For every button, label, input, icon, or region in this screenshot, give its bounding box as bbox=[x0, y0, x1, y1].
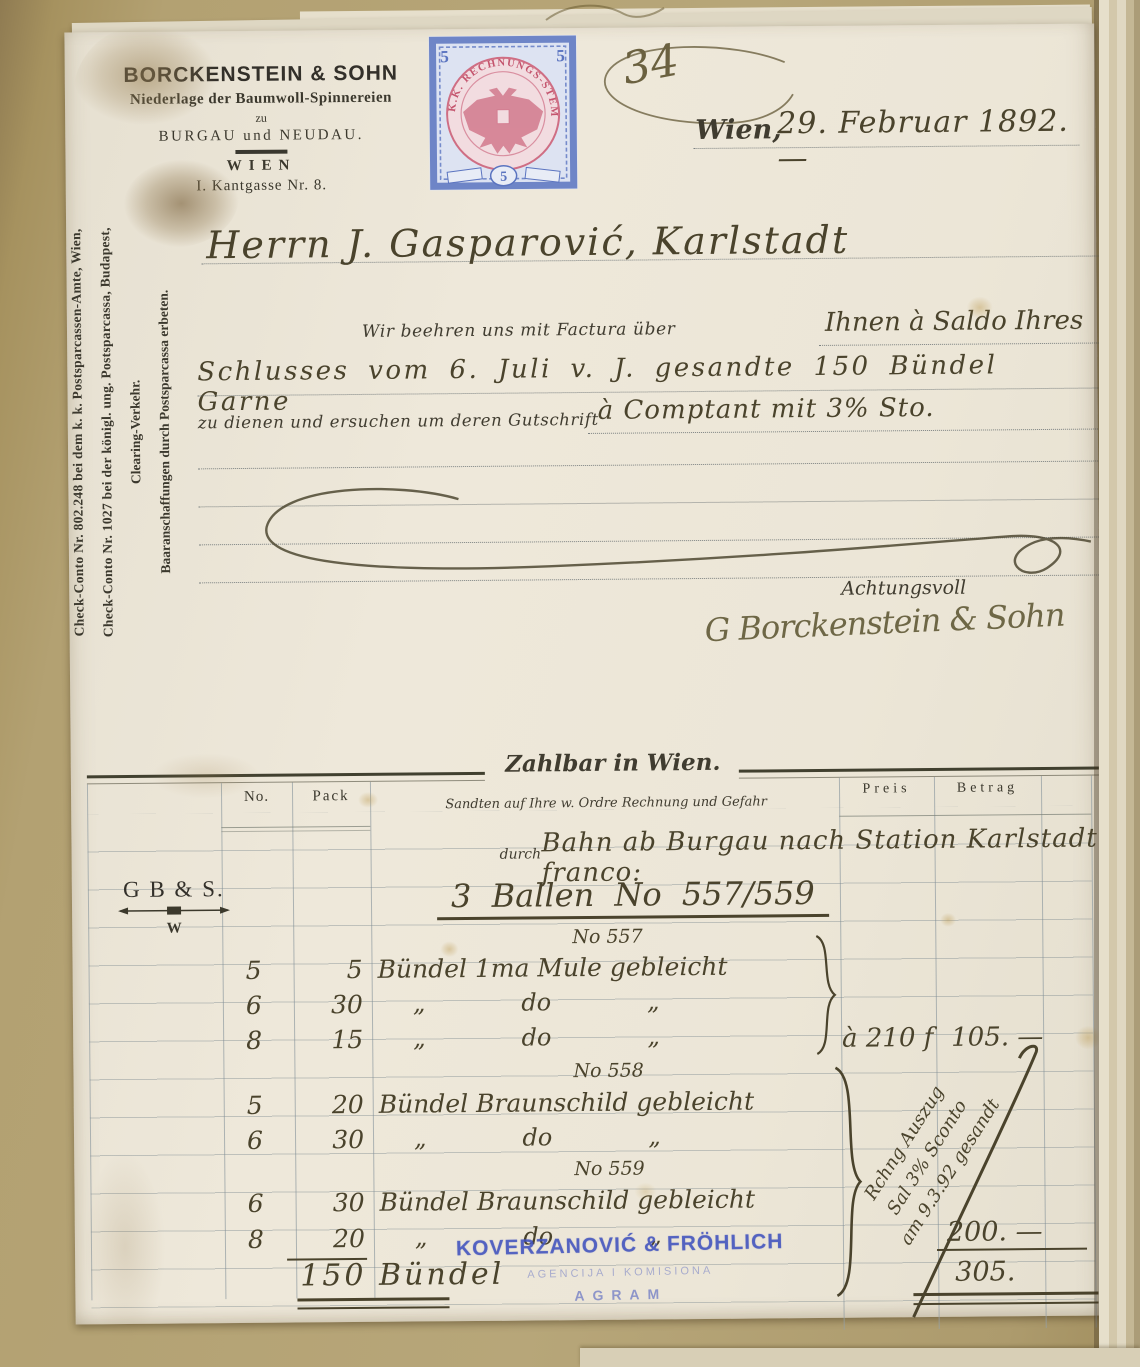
row-no: 8 bbox=[225, 1225, 287, 1255]
closing-salutation: Achtungsvoll bbox=[841, 577, 966, 600]
row-pack: 15 bbox=[283, 1025, 363, 1055]
foxing-spot bbox=[634, 1182, 656, 1200]
mark-w: W bbox=[114, 920, 234, 938]
table-title-rule-left bbox=[87, 772, 485, 784]
row-pack: 30 bbox=[284, 1125, 364, 1155]
invoice-page: BORCKENSTEIN & SOHN Niederlage der Baumw… bbox=[64, 24, 1105, 1325]
pen-flourish bbox=[188, 441, 1109, 619]
body-printed-1: Wir beehren uns mit Factura über bbox=[362, 319, 676, 342]
foxing-spot bbox=[940, 913, 956, 927]
shipping-printed-durch: durch bbox=[500, 846, 542, 862]
revenue-stamp: 5 5 K.K. RECHNUNGS-STEMPEL 5 bbox=[426, 33, 579, 192]
page-edge-strip bbox=[1109, 0, 1117, 1367]
stamp-value-tl: 5 bbox=[440, 47, 449, 66]
row-desc: Bündel Braunschild gebleicht bbox=[379, 1185, 755, 1217]
dateline-printed: Wien, bbox=[695, 114, 782, 146]
page-edge-strip bbox=[1134, 0, 1140, 1367]
body-hand-3: à Comptant mit 3% Sto. bbox=[598, 393, 935, 426]
body-rule-1 bbox=[819, 341, 1103, 345]
foxing-spot bbox=[967, 296, 993, 318]
receiver-stamp-line2: AGENCIJA I KOMISIONA bbox=[455, 1263, 785, 1282]
row-no: 5 bbox=[222, 956, 284, 986]
row-no: 5 bbox=[224, 1091, 286, 1121]
brace-558-559 bbox=[831, 1066, 867, 1298]
row-pack: 20 bbox=[284, 1090, 364, 1120]
stamp-value-bottom: 5 bbox=[500, 170, 507, 185]
bank-note-vertical: Check-Conto Nr. 802.248 bei dem k. k. Po… bbox=[60, 152, 185, 713]
page-edge-strip bbox=[1117, 0, 1126, 1367]
foxing-spot bbox=[358, 792, 378, 808]
total-double-underline bbox=[297, 1297, 449, 1309]
book-background: BORCKENSTEIN & SOHN Niederlage der Baumw… bbox=[0, 0, 1140, 1367]
top-edge-writing-trace bbox=[540, 0, 670, 24]
folio-number: 34 bbox=[619, 35, 683, 95]
addressee-line: Herrn J. Gasparović, Karlstadt bbox=[206, 218, 849, 268]
mark-initials: G B & S. bbox=[114, 876, 234, 903]
bottom-sheet-edge bbox=[580, 1348, 1140, 1367]
body-hand-1: Ihnen à Saldo Ihres bbox=[825, 306, 1084, 338]
row-pack: 5 bbox=[282, 955, 362, 985]
row-no: 6 bbox=[224, 1189, 286, 1219]
col-header-preis: Preis bbox=[839, 781, 934, 798]
row-pack: 30 bbox=[284, 1188, 364, 1218]
mark-arrow-icon bbox=[116, 903, 232, 918]
row-no: 6 bbox=[223, 991, 285, 1021]
row-desc: Bündel Braunschild gebleicht bbox=[379, 1087, 755, 1119]
row-no: 8 bbox=[223, 1026, 285, 1056]
receiver-stamp: KOVERZANOVIĆ & FRÖHLICH AGENCIJA I KOMIS… bbox=[454, 1230, 785, 1306]
page-edge-strip bbox=[1126, 0, 1134, 1367]
bank-note-line-4: Baaranschaffungen durch Postsparcassa er… bbox=[147, 152, 181, 712]
bale-label: No 559 bbox=[574, 1157, 645, 1180]
row-no: 6 bbox=[224, 1126, 286, 1156]
foxing-spot bbox=[440, 941, 458, 957]
row-pack: 20 bbox=[285, 1224, 365, 1254]
row-desc: „ do „ bbox=[413, 987, 660, 1017]
body-rule-3 bbox=[588, 427, 1104, 434]
lot-heading: 3 Ballen No 557/559 bbox=[437, 874, 829, 920]
bank-note-line-2: Check-Conto Nr. 1027 bei der königl. ung… bbox=[89, 152, 123, 712]
body-printed-2: zu dienen und ersuchen um deren Gutschri… bbox=[198, 410, 599, 432]
col-header-betrag: Betrag bbox=[934, 780, 1041, 797]
table-title-rule-right bbox=[739, 767, 1099, 779]
row-pack: 30 bbox=[283, 990, 363, 1020]
bale-label: No 558 bbox=[573, 1060, 644, 1083]
bale-label: No 557 bbox=[572, 926, 643, 949]
table-title: Zahlbar in Wien. bbox=[491, 749, 735, 778]
total-pack: 150 bbox=[300, 1258, 367, 1294]
stamp-value-tr: 5 bbox=[556, 46, 565, 65]
row-desc: „ do „ bbox=[414, 1122, 661, 1152]
row-desc: „ do „ bbox=[413, 1022, 660, 1052]
letterhead-rule bbox=[235, 150, 287, 154]
consignment-mark: G B & S. W bbox=[114, 876, 235, 938]
row-desc: Bündel 1ma Mule gebleicht bbox=[377, 952, 727, 984]
page-edge-strip bbox=[1099, 0, 1109, 1367]
dateline-date: 29. Februar 1892. — bbox=[777, 104, 1096, 177]
